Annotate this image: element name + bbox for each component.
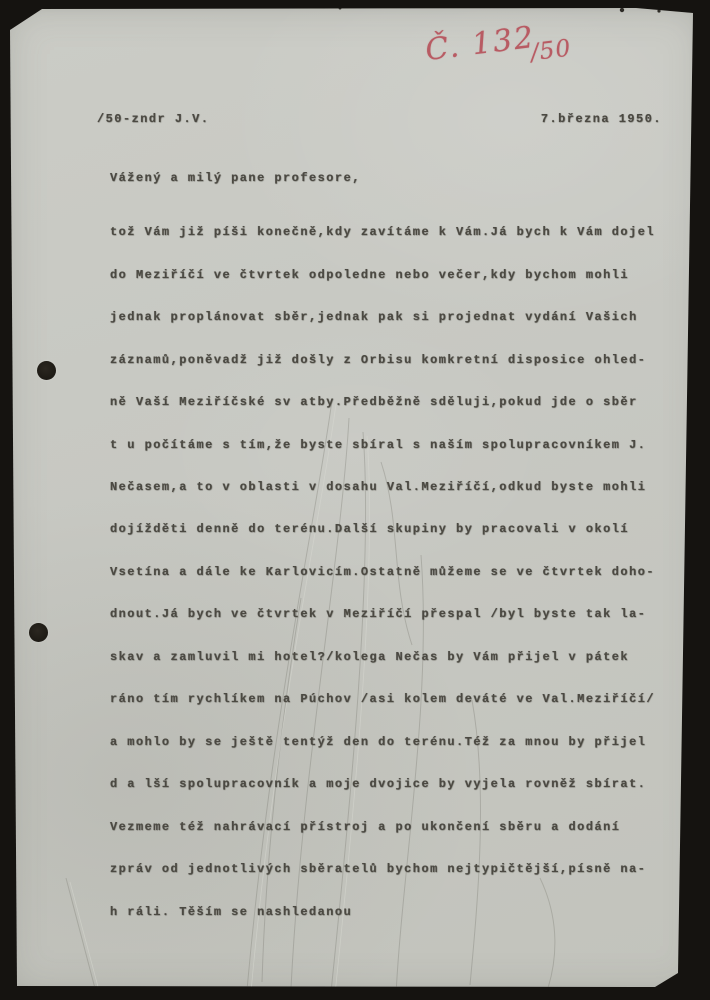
body-line: ráno tím rychlíkem na Púchov /asi kolem … xyxy=(110,692,655,706)
scanned-letter-page: Č. 132/50 /50-zndr J.V. 7.března 1950. V… xyxy=(0,0,710,1000)
paper-sheet: Č. 132/50 /50-zndr J.V. 7.března 1950. V… xyxy=(0,0,710,1000)
body-line: ně Vaší Meziříčské sv atby.Předběžně sdě… xyxy=(110,395,655,409)
registry-number-year: /50 xyxy=(529,34,573,67)
salutation: Vážený a milý pane profesore, xyxy=(110,171,361,185)
punch-hole-top xyxy=(37,361,56,380)
header-row: /50-zndr J.V. 7.března 1950. xyxy=(97,112,662,126)
body-line: d a lší spolupracovník a moje dvojice by… xyxy=(110,777,655,791)
letter-body: tož Vám již píši konečně,kdy zavítáme k … xyxy=(110,197,655,947)
body-line: jednak proplánovat sběr,jednak pak si pr… xyxy=(110,310,655,324)
body-line: záznamů,poněvadž již došly z Orbisu komk… xyxy=(110,353,655,367)
body-line: Vezmeme též nahrávací přístroj a po ukon… xyxy=(110,820,655,834)
body-line: h ráli. Těším se nashledanou xyxy=(110,905,655,919)
punch-hole-bottom xyxy=(29,623,48,642)
registry-number-handwritten: Č. 132/50 xyxy=(423,15,577,68)
body-line: dojížděti denně do terénu.Další skupiny … xyxy=(110,522,655,536)
body-line: zpráv od jednotlivých sběratelů bychom n… xyxy=(110,862,655,876)
letter-date: 7.března 1950. xyxy=(541,112,662,126)
registry-number-main: Č. 132 xyxy=(423,20,537,68)
body-line: tož Vám již píši konečně,kdy zavítáme k … xyxy=(110,225,655,239)
body-line: t u počítáme s tím,že byste sbíral s naš… xyxy=(110,438,655,452)
body-line: Nečasem,a to v oblasti v dosahu Val.Mezi… xyxy=(110,480,655,494)
reference-number: /50-zndr J.V. xyxy=(97,112,209,126)
body-line: dnout.Já bych ve čtvrtek v Meziříčí přes… xyxy=(110,607,655,621)
body-line: skav a zamluvil mi hotel?/kolega Nečas b… xyxy=(110,650,655,664)
body-line: Vsetína a dále ke Karlovicím.Ostatně můž… xyxy=(110,565,655,579)
body-line: a mohlo by se ještě tentýž den do terénu… xyxy=(110,735,655,749)
body-line: do Meziříčí ve čtvrtek odpoledne nebo ve… xyxy=(110,268,655,282)
